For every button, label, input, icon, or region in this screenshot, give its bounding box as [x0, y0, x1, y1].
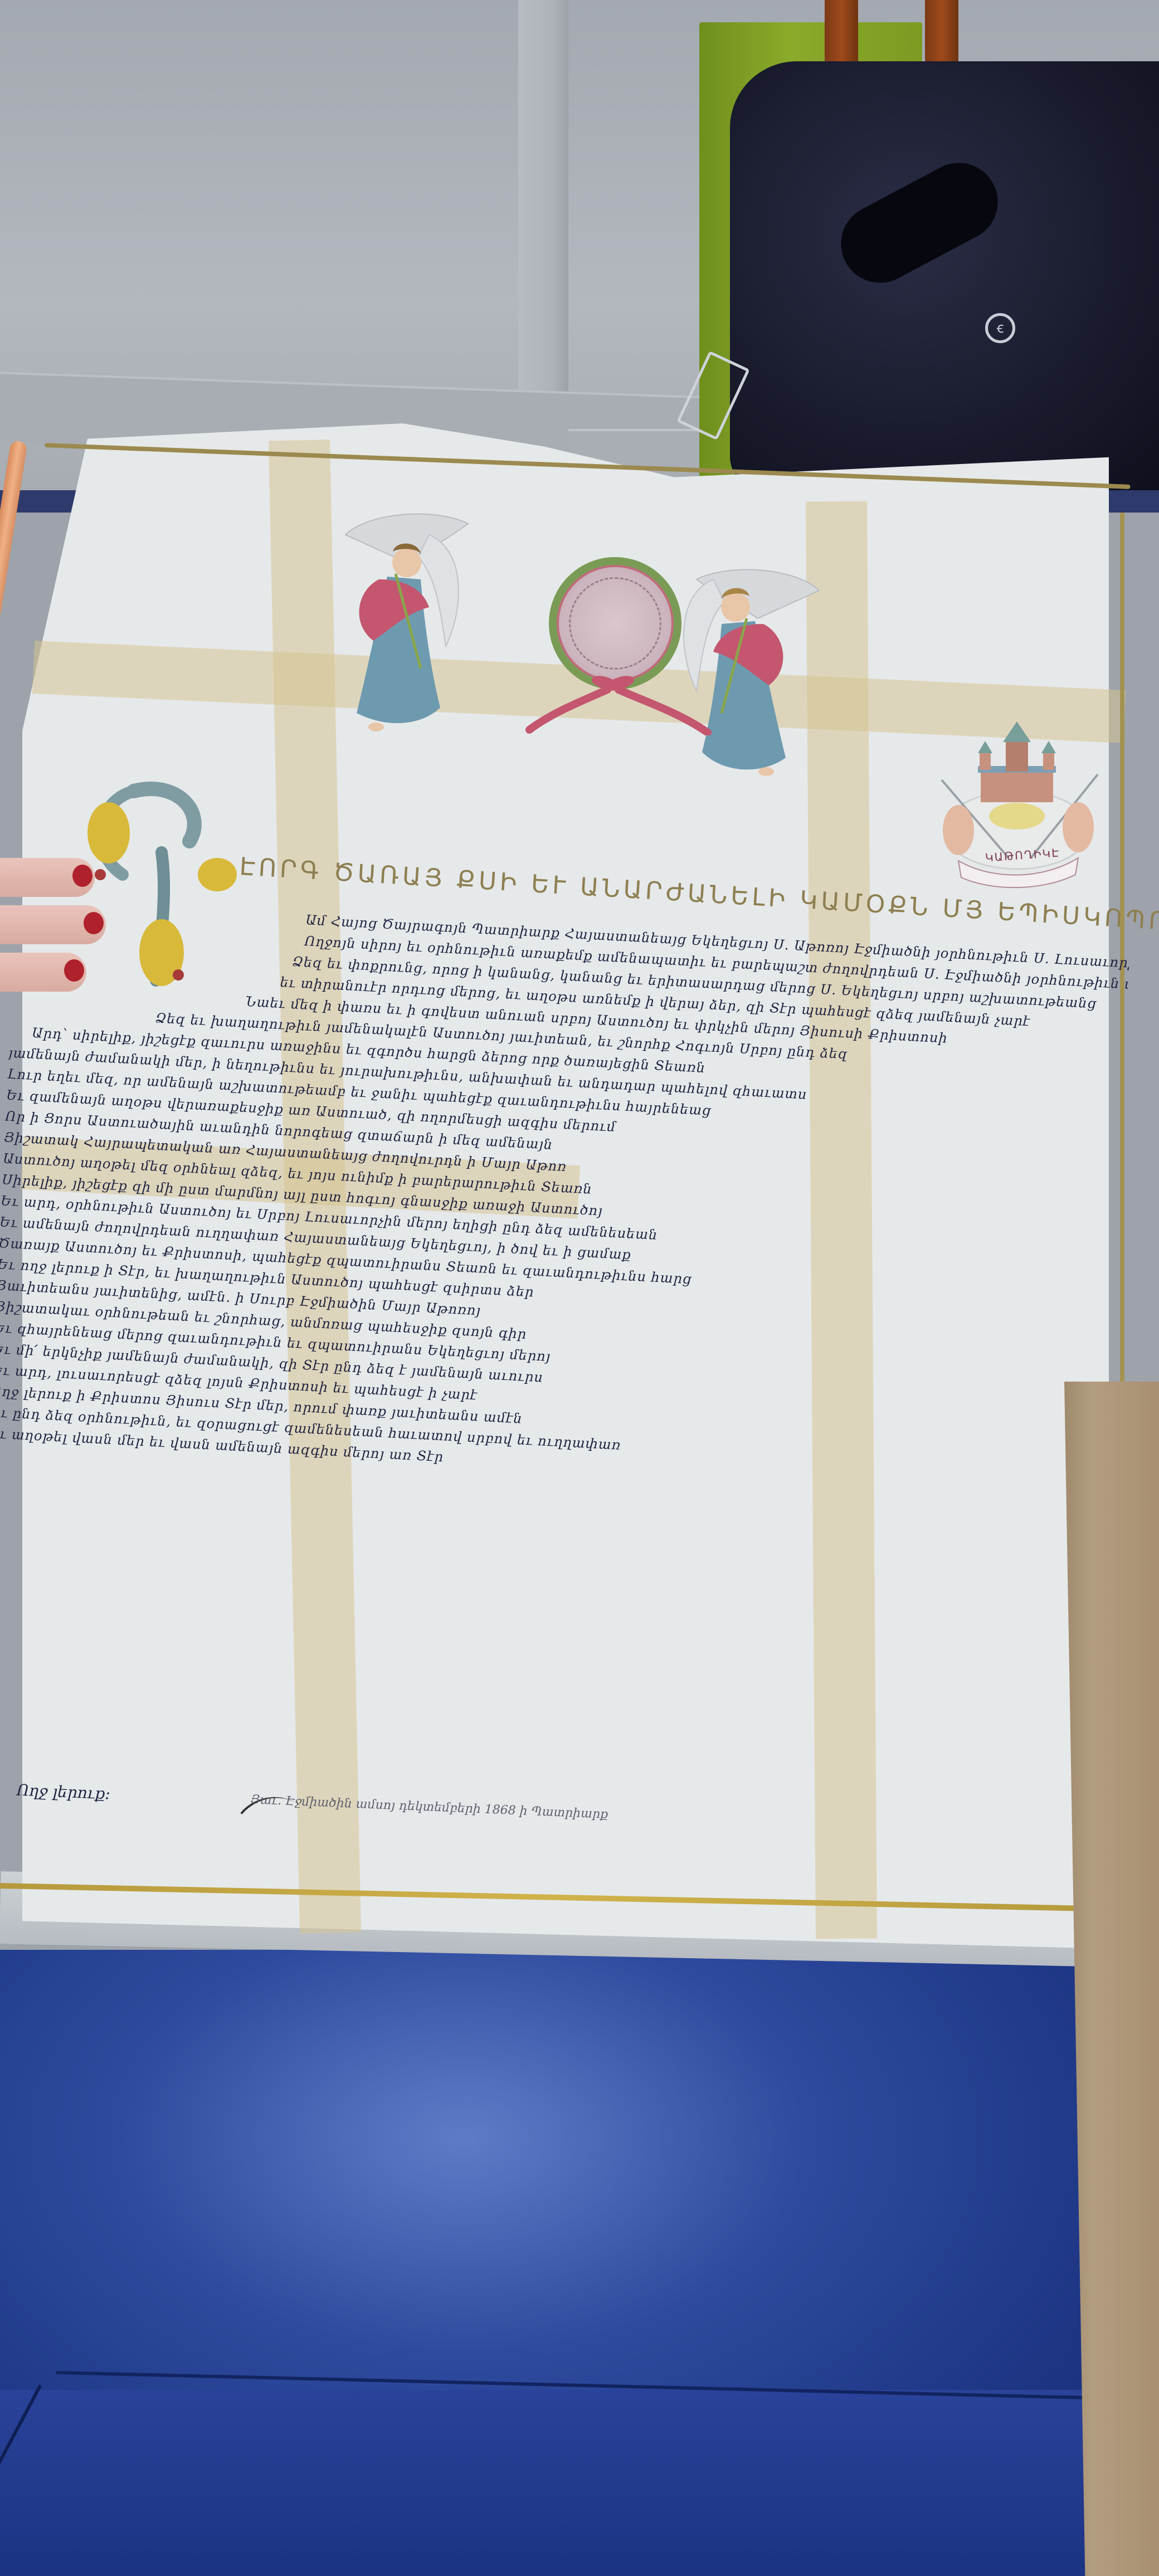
painted-nail	[64, 959, 84, 982]
ribbon-bow-icon	[496, 669, 730, 735]
hand-holding-document	[0, 858, 111, 1003]
bag-logo-icon: ꞓ	[985, 313, 1015, 343]
angel-right-icon	[652, 546, 819, 780]
folder-flap	[0, 2390, 1159, 2576]
etchmiadzin-cathedral-emblem-icon	[919, 719, 1114, 897]
finger	[0, 953, 86, 992]
black-leather-handbag	[730, 61, 1159, 490]
seal-inner-ring	[569, 577, 661, 670]
manuscript-body-text: Ամ Հայոց Ծայրագոյն Պատրիարք Հայաստանեայց…	[0, 897, 1129, 1505]
finger	[0, 905, 106, 944]
painted-nail	[84, 912, 104, 934]
painted-nail	[72, 865, 92, 887]
closing-salutation: Ողջ լերուք։	[16, 1780, 110, 1803]
angel-left-icon	[323, 501, 490, 735]
finger	[0, 858, 95, 897]
